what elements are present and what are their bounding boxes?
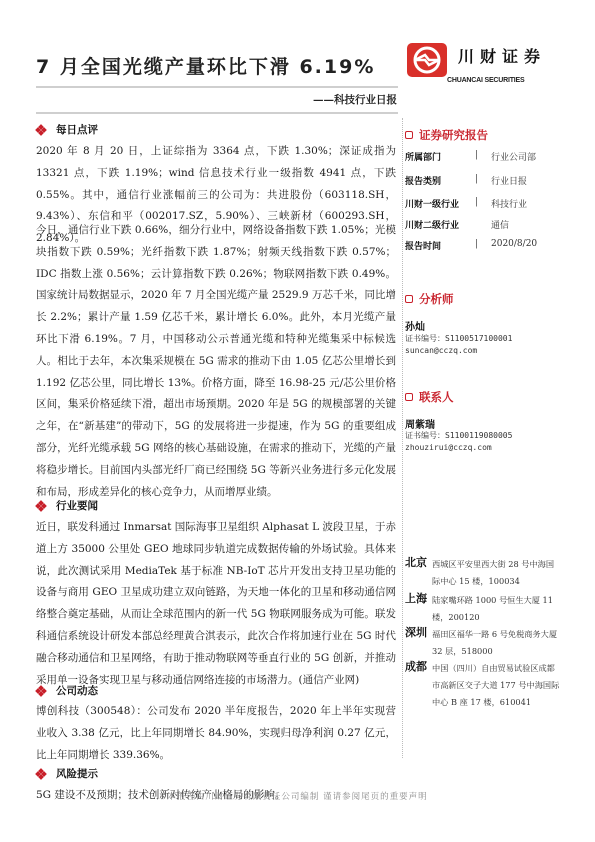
- sidebar-heading-analyst: 分析师: [405, 291, 454, 307]
- section-heading-risk: 风险提示: [36, 766, 98, 781]
- square-bullet-icon: [405, 295, 413, 303]
- diamond-bullet-icon: [36, 769, 46, 779]
- section-heading-company: 公司动态: [36, 683, 98, 698]
- sidebar-heading-contact: 联系人: [405, 389, 454, 405]
- section-heading-industry-news: 行业要闻: [36, 498, 98, 513]
- header-rule-bottom: [36, 112, 398, 114]
- diamond-bullet-icon: [36, 501, 46, 511]
- column-divider: [402, 118, 403, 758]
- info-row: 报告类别|行业日报: [405, 174, 527, 187]
- square-bullet-icon: [405, 131, 413, 139]
- office-address: 陆家嘴环路 1000 号恒生大厦 11 楼，200120: [432, 592, 562, 626]
- info-row: 所属部门|行业公司部: [405, 150, 536, 163]
- info-row: 报告时间|2020/8/20: [405, 239, 537, 252]
- office-city: 深圳: [405, 624, 427, 640]
- analyst-cert: 证书编号：S1100517100001: [405, 333, 512, 344]
- office-city: 上海: [405, 590, 427, 606]
- analyst-name: 孙灿: [405, 318, 425, 333]
- logo-icon: [407, 43, 447, 77]
- paragraph: 近日，联发科通过 Inmarsat 国际海事卫星组织 Alphasat L 波段…: [36, 517, 396, 691]
- paragraph: 博创科技（300548）：公司发布 2020 半年度报告，2020 年上半年实现…: [36, 701, 396, 766]
- logo-text-en: CHUANCAI SECURITIES: [447, 77, 524, 84]
- contact-name: 周紫瑞: [405, 416, 435, 431]
- diamond-bullet-icon: [36, 686, 46, 696]
- office-address: 中国（四川）自由贸易试验区成都市高新区交子大道 177 号中海国际中心 B 座 …: [432, 660, 562, 711]
- office-city: 成都: [405, 658, 427, 674]
- report-subtitle: ——科技行业日报: [313, 92, 397, 107]
- logo-text-cn: 川财证券: [458, 44, 546, 67]
- office-address: 西城区平安里西大街 28 号中海国际中心 15 楼，100034: [432, 556, 562, 590]
- analyst-email[interactable]: suncan@cczq.com: [405, 346, 477, 355]
- header-rule: [36, 86, 398, 88]
- square-bullet-icon: [405, 393, 413, 401]
- contact-email[interactable]: zhouzirui@cczq.com: [405, 443, 492, 452]
- office-city: 北京: [405, 554, 427, 570]
- diamond-bullet-icon: [36, 125, 46, 135]
- info-row: 川财二级行业通信: [405, 218, 509, 231]
- contact-cert: 证书编号：S1100119080005: [405, 430, 512, 441]
- sidebar-heading-report: 证券研究报告: [405, 127, 488, 143]
- section-heading-daily: 每日点评: [36, 122, 98, 137]
- footer-disclaimer: 本报告由川财证券有限责任公司编制 谨请参阅尾页的重要声明: [0, 790, 595, 802]
- report-title: 7 月全国光缆产量环比下滑 6.19%: [36, 52, 375, 79]
- office-address: 福田区福华一路 6 号免税商务大厦 32 层，518000: [432, 626, 562, 660]
- info-row: 川财一级行业|科技行业: [405, 197, 527, 210]
- paragraph: 今日，通信行业下跌 0.66%，细分行业中，网络设备指数下跌 1.05%；光模块…: [36, 220, 396, 503]
